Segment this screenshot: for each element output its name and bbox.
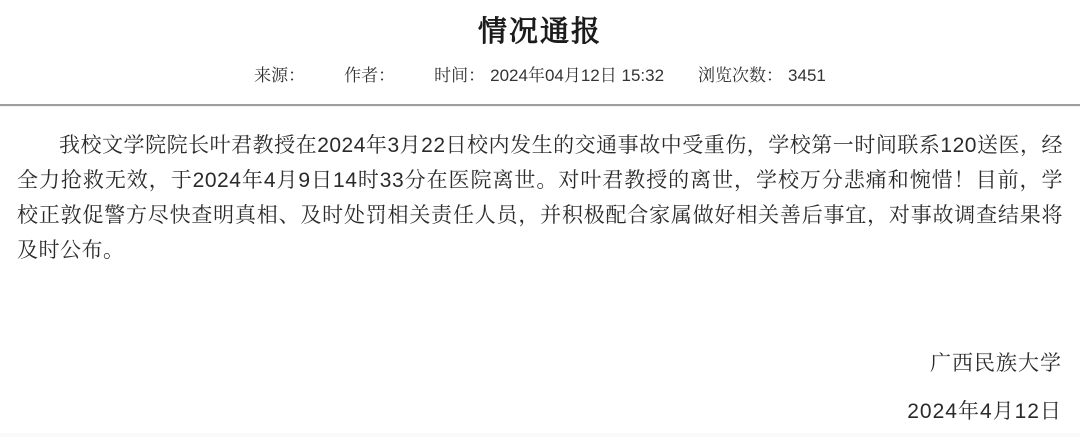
signature-date: 2024年4月12日 [907, 395, 1062, 425]
signature-organization: 广西民族大学 [930, 347, 1062, 377]
notice-page: 情况通报 来源： 作者： 时间：2024年04月12日 15:32 浏览次数：3… [0, 0, 1080, 437]
meta-views: 浏览次数：3451 [698, 64, 826, 88]
meta-author: 作者： [344, 64, 400, 88]
meta-time: 时间：2024年04月12日 15:32 [434, 64, 664, 88]
meta-views-label: 浏览次数： [698, 66, 783, 85]
page-title: 情况通报 [0, 0, 1080, 49]
header-divider [0, 104, 1080, 107]
meta-author-label: 作者： [344, 66, 395, 85]
meta-source-label: 来源： [254, 66, 305, 85]
notice-paragraph: 我校文学院院长叶君教授在2024年3月22日校内发生的交通事故中受重伤，学校第一… [17, 128, 1063, 268]
meta-row: 来源： 作者： 时间：2024年04月12日 15:32 浏览次数：3451 [0, 64, 1080, 88]
meta-time-label: 时间： [434, 66, 485, 85]
meta-time-value: 2024年04月12日 15:32 [490, 66, 664, 85]
meta-views-value: 3451 [788, 66, 826, 85]
meta-source: 来源： [254, 64, 310, 88]
